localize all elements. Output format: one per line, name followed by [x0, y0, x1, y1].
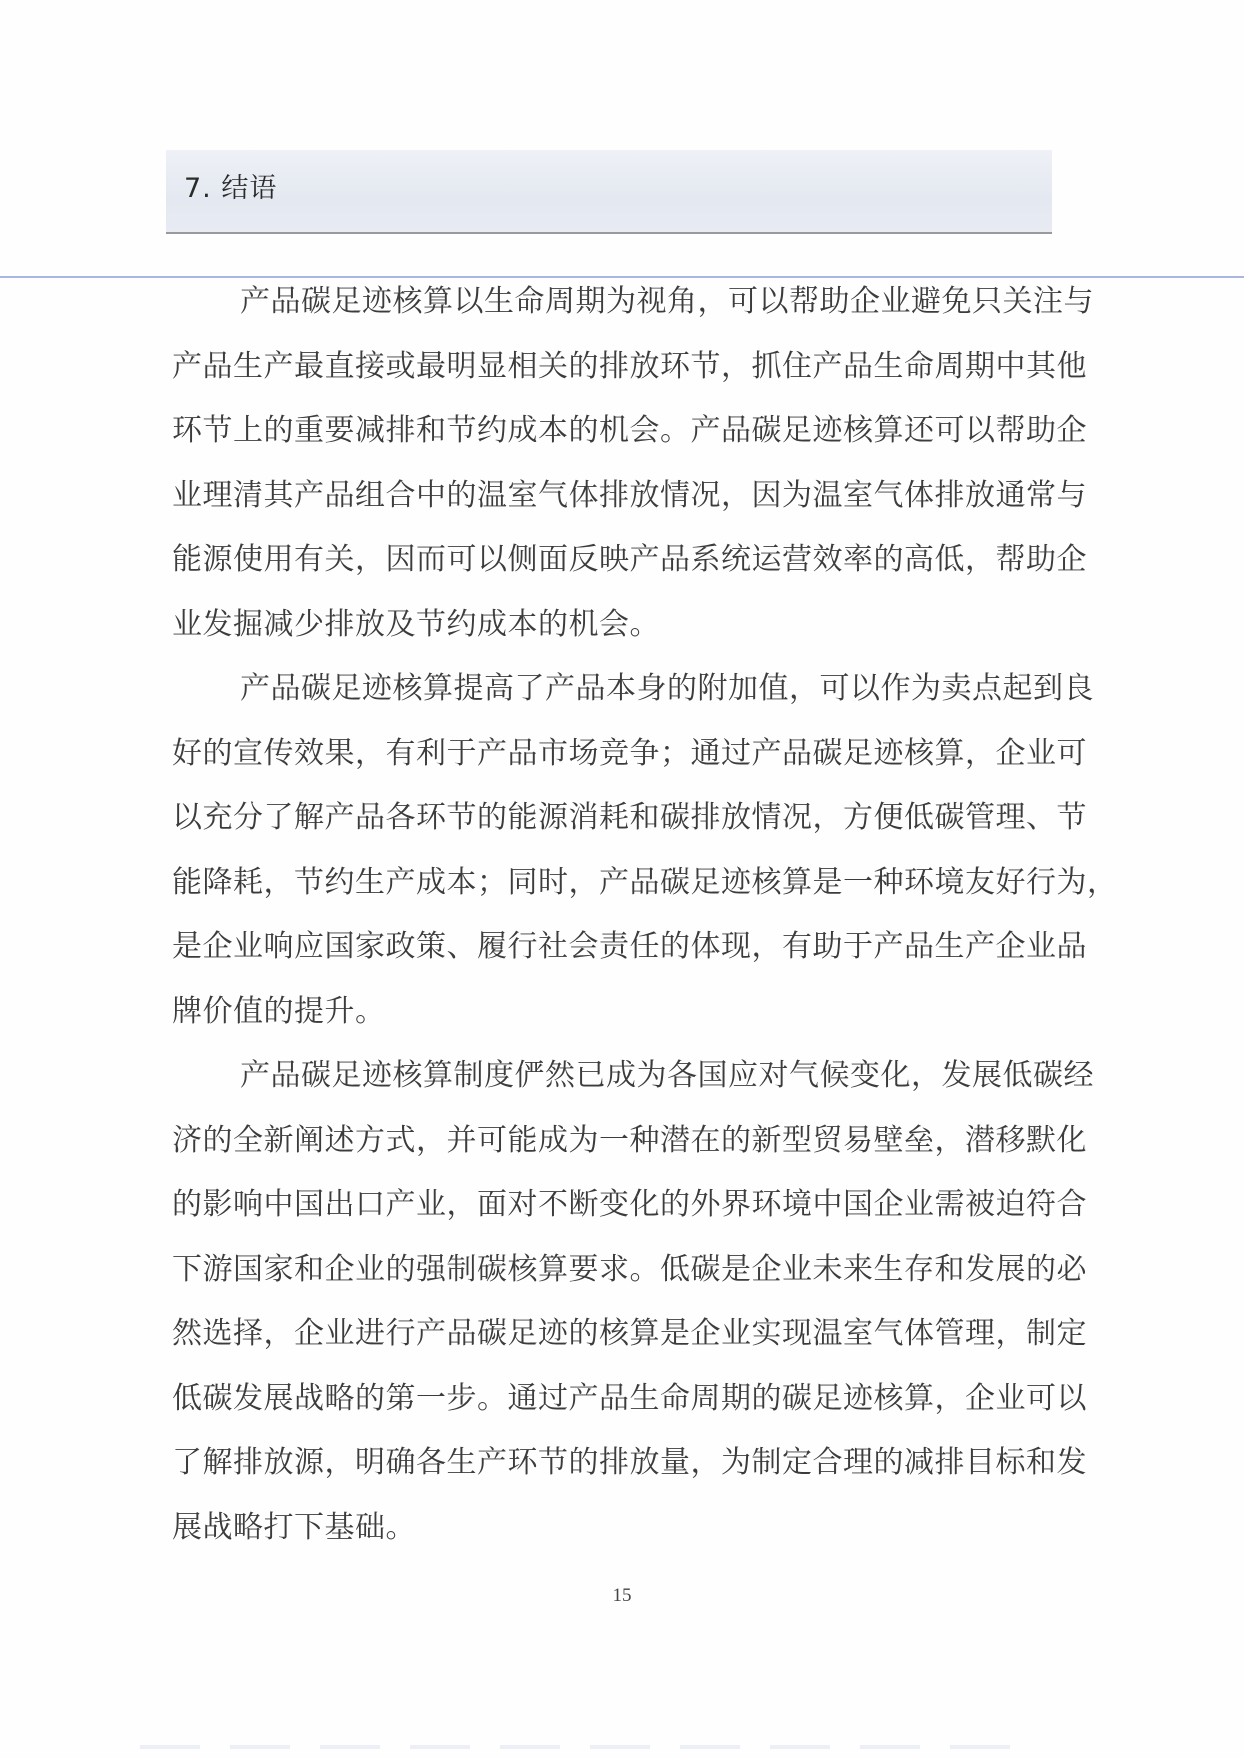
text-line: 展战略打下基础。	[172, 1496, 1052, 1561]
text-line: 能降耗，节约生产成本；同时，产品碳足迹核算是一种环境友好行为，	[172, 851, 1052, 916]
paragraph-3: 产品碳足迹核算制度俨然已成为各国应对气候变化，发展低碳经 济的全新阐述方式，并可…	[172, 1044, 1052, 1560]
text-line: 的影响中国出口产业，面对不断变化的外界环境中国企业需被迫符合	[172, 1173, 1052, 1238]
text-line: 低碳发展战略的第一步。通过产品生命周期的碳足迹核算，企业可以	[172, 1367, 1052, 1432]
text-line: 产品生产最直接或最明显相关的排放环节，抓住产品生命周期中其他	[172, 335, 1052, 400]
page-number: 15	[0, 1585, 1244, 1607]
text-line: 以充分了解产品各环节的能源消耗和碳排放情况，方便低碳管理、节	[172, 786, 1052, 851]
section-header-banner	[166, 150, 1052, 234]
text-line: 环节上的重要减排和节约成本的机会。产品碳足迹核算还可以帮助企	[172, 399, 1052, 464]
scan-bottom-edge	[140, 1745, 1020, 1749]
text-line: 产品碳足迹核算提高了产品本身的附加值，可以作为卖点起到良	[172, 657, 1052, 722]
text-line: 然选择，企业进行产品碳足迹的核算是企业实现温室气体管理，制定	[172, 1302, 1052, 1367]
text-line: 产品碳足迹核算以生命周期为视角，可以帮助企业避免只关注与	[172, 270, 1052, 335]
text-line: 济的全新阐述方式，并可能成为一种潜在的新型贸易壁垒，潜移默化	[172, 1109, 1052, 1174]
section-title: 7. 结语	[184, 172, 277, 206]
text-line: 业发掘减少排放及节约成本的机会。	[172, 593, 1052, 658]
text-line: 业理清其产品组合中的温室气体排放情况，因为温室气体排放通常与	[172, 464, 1052, 529]
paragraph-2: 产品碳足迹核算提高了产品本身的附加值，可以作为卖点起到良 好的宣传效果，有利于产…	[172, 657, 1052, 1044]
text-line: 牌价值的提升。	[172, 980, 1052, 1045]
text-line: 是企业响应国家政策、履行社会责任的体现，有助于产品生产企业品	[172, 915, 1052, 980]
text-line: 了解排放源，明确各生产环节的排放量，为制定合理的减排目标和发	[172, 1431, 1052, 1496]
body-text: 产品碳足迹核算以生命周期为视角，可以帮助企业避免只关注与 产品生产最直接或最明显…	[172, 270, 1052, 1560]
text-line: 好的宣传效果，有利于产品市场竞争；通过产品碳足迹核算，企业可	[172, 722, 1052, 787]
text-line: 下游国家和企业的强制碳核算要求。低碳是企业未来生存和发展的必	[172, 1238, 1052, 1303]
document-page: 7. 结语 产品碳足迹核算以生命周期为视角，可以帮助企业避免只关注与 产品生产最…	[0, 0, 1244, 1758]
text-line: 能源使用有关，因而可以侧面反映产品系统运营效率的高低，帮助企	[172, 528, 1052, 593]
paragraph-1: 产品碳足迹核算以生命周期为视角，可以帮助企业避免只关注与 产品生产最直接或最明显…	[172, 270, 1052, 657]
text-line: 产品碳足迹核算制度俨然已成为各国应对气候变化，发展低碳经	[172, 1044, 1052, 1109]
